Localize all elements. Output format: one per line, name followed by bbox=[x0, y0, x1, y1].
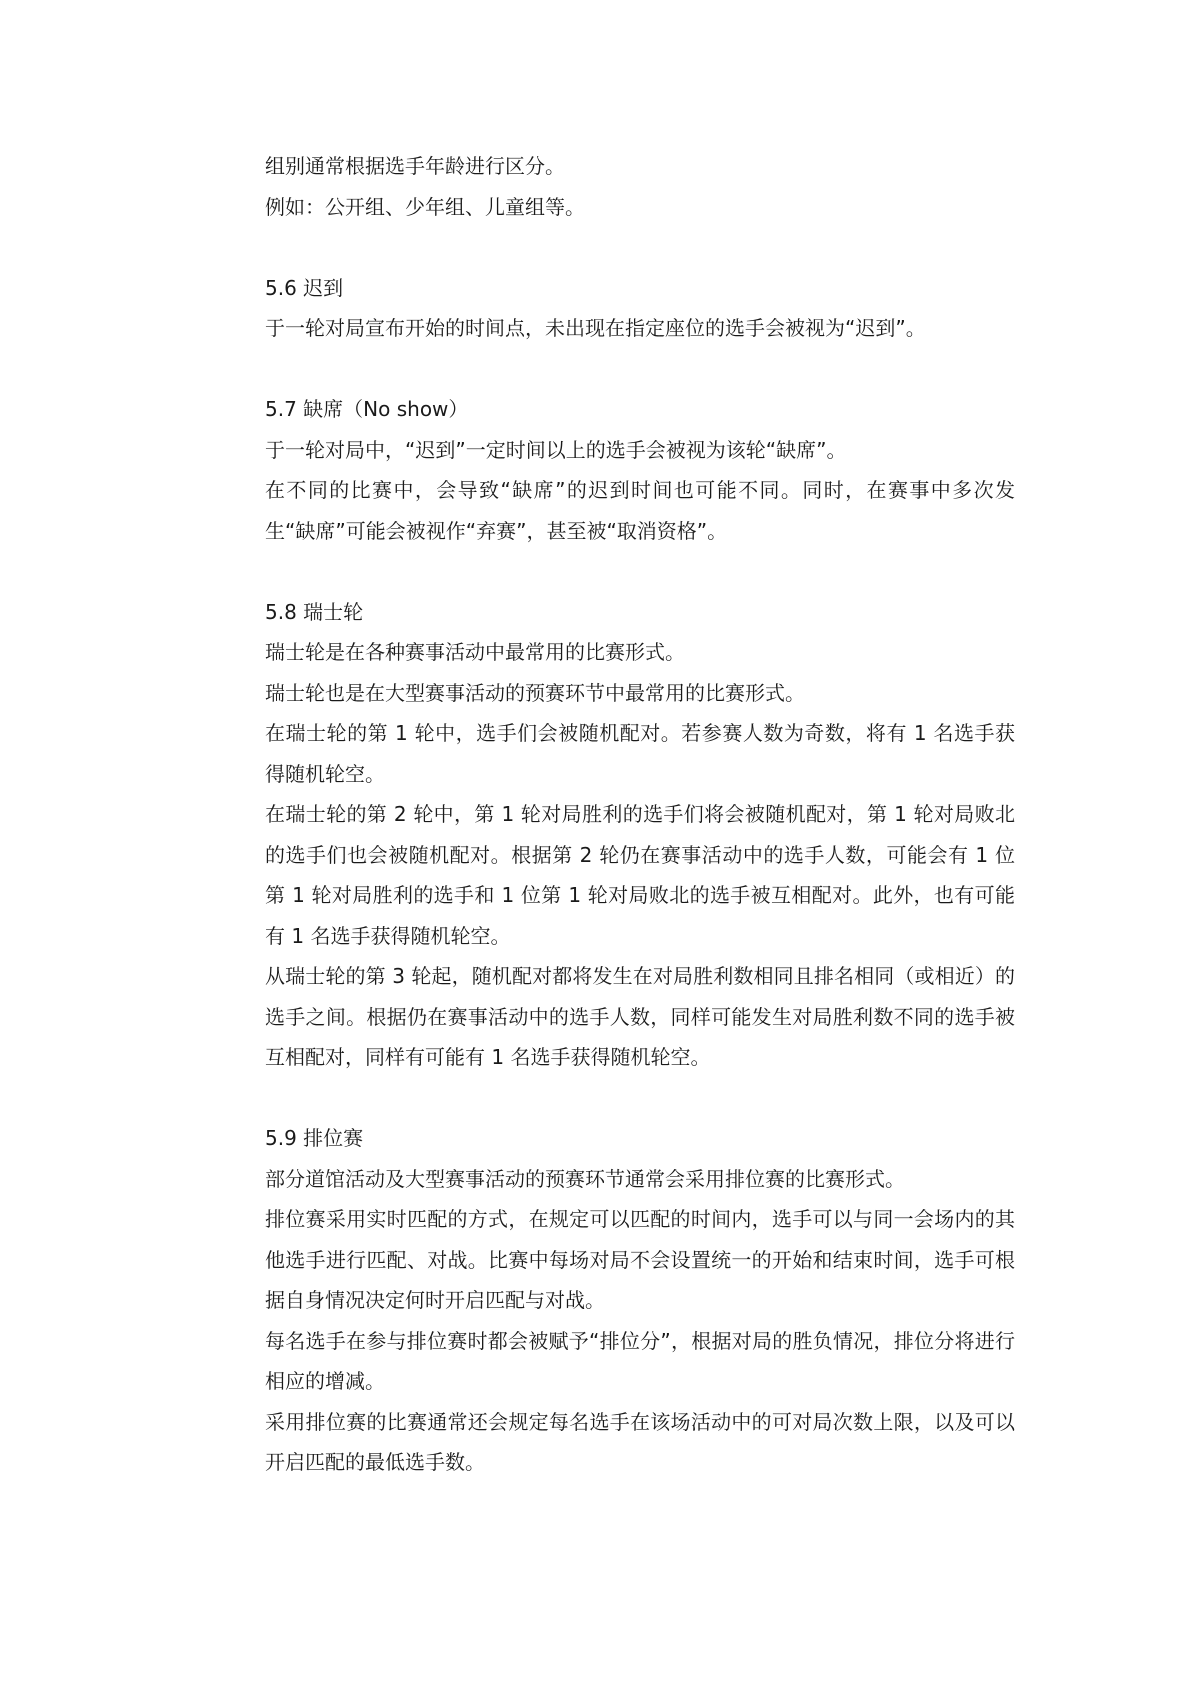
paragraph: 例如：公开组、少年组、儿童组等。 bbox=[265, 187, 1015, 228]
section-heading: 5.6 迟到 bbox=[265, 268, 1015, 309]
paragraph: 瑞士轮也是在大型赛事活动的预赛环节中最常用的比赛形式。 bbox=[265, 673, 1015, 714]
paragraph: 排位赛采用实时匹配的方式，在规定可以匹配的时间内，选手可以与同一会场内的其他选手… bbox=[265, 1199, 1015, 1321]
paragraph: 于一轮对局宣布开始的时间点，未出现在指定座位的选手会被视为“迟到”。 bbox=[265, 308, 1015, 349]
section-5-8-swiss-rounds: 5.8 瑞士轮 瑞士轮是在各种赛事活动中最常用的比赛形式。 瑞士轮也是在大型赛事… bbox=[265, 592, 1015, 1078]
paragraph: 采用排位赛的比赛通常还会规定每名选手在该场活动中的可对局次数上限，以及可以开启匹… bbox=[265, 1402, 1015, 1483]
section-5-6-late: 5.6 迟到 于一轮对局宣布开始的时间点，未出现在指定座位的选手会被视为“迟到”… bbox=[265, 268, 1015, 349]
paragraph: 每名选手在参与排位赛时都会被赋予“排位分”，根据对局的胜负情况，排位分将进行相应… bbox=[265, 1321, 1015, 1402]
section-age-groups: 组别通常根据选手年龄进行区分。 例如：公开组、少年组、儿童组等。 bbox=[265, 146, 1015, 227]
paragraph: 瑞士轮是在各种赛事活动中最常用的比赛形式。 bbox=[265, 632, 1015, 673]
section-heading: 5.9 排位赛 bbox=[265, 1118, 1015, 1159]
paragraph: 于一轮对局中，“迟到”一定时间以上的选手会被视为该轮“缺席”。 bbox=[265, 430, 1015, 471]
section-heading: 5.7 缺席（No show） bbox=[265, 389, 1015, 430]
section-5-7-no-show: 5.7 缺席（No show） 于一轮对局中，“迟到”一定时间以上的选手会被视为… bbox=[265, 389, 1015, 551]
paragraph: 组别通常根据选手年龄进行区分。 bbox=[265, 146, 1015, 187]
paragraph: 在瑞士轮的第 2 轮中，第 1 轮对局胜利的选手们将会被随机配对，第 1 轮对局… bbox=[265, 794, 1015, 956]
paragraph: 在瑞士轮的第 1 轮中，选手们会被随机配对。若参赛人数为奇数，将有 1 名选手获… bbox=[265, 713, 1015, 794]
paragraph: 部分道馆活动及大型赛事活动的预赛环节通常会采用排位赛的比赛形式。 bbox=[265, 1159, 1015, 1200]
section-heading: 5.8 瑞士轮 bbox=[265, 592, 1015, 633]
document-page: 组别通常根据选手年龄进行区分。 例如：公开组、少年组、儿童组等。 5.6 迟到 … bbox=[265, 146, 1015, 1483]
paragraph: 从瑞士轮的第 3 轮起，随机配对都将发生在对局胜利数相同且排名相同（或相近）的选… bbox=[265, 956, 1015, 1078]
section-5-9-ranked-matches: 5.9 排位赛 部分道馆活动及大型赛事活动的预赛环节通常会采用排位赛的比赛形式。… bbox=[265, 1118, 1015, 1483]
paragraph: 在不同的比赛中，会导致“缺席”的迟到时间也可能不同。同时，在赛事中多次发生“缺席… bbox=[265, 470, 1015, 551]
